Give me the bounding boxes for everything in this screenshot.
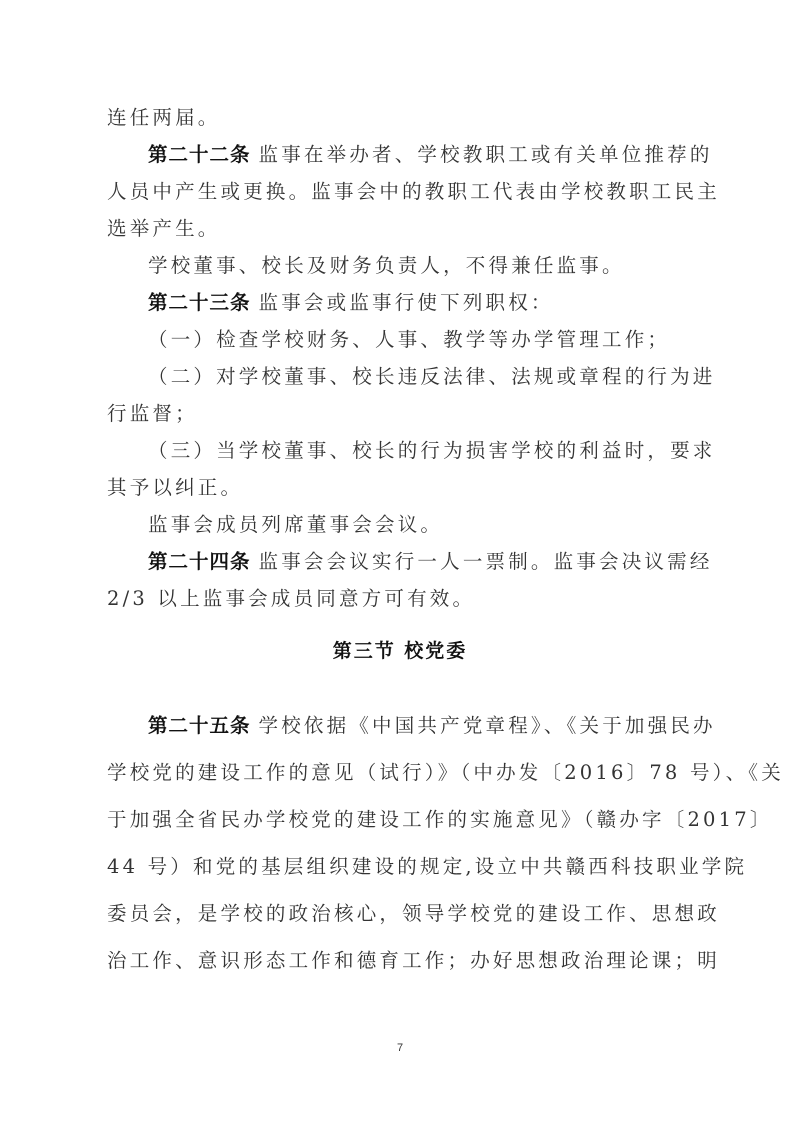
list-item: （三）当学校董事、校长的行为损害学校的利益时，要求 (148, 437, 734, 465)
text-line: 人员中产生或更换。监事会中的教职工代表由学校教职工民主 (107, 178, 693, 206)
article-text: 学校依据《中国共产党章程》、《关于加强民办 (259, 714, 716, 737)
text-line: 监事会成员列席董事会会议。 (148, 511, 734, 539)
text-line: 44 号）和党的基层组织建设的规定,设立中共赣西科技职业学院 (107, 853, 693, 881)
text-line: 2/3 以上监事会成员同意方可有效。 (107, 585, 693, 613)
text-line: 于加强全省民办学校党的建设工作的实施意见》（赣办字〔2017〕 (107, 806, 693, 834)
article-22: 第二十二条监事在举办者、学校教职工或有关单位推荐的 (148, 141, 734, 169)
article-24: 第二十四条监事会会议实行一人一票制。监事会决议需经 (148, 548, 734, 576)
article-text: 监事会或监事行使下列职权： (259, 291, 554, 314)
article-25: 第二十五条学校依据《中国共产党章程》、《关于加强民办 (148, 712, 734, 740)
text-line: 学校党的建设工作的意见（试行）》（中办发〔2016〕78 号）、《关 (107, 759, 693, 787)
text-line: 选举产生。 (107, 215, 693, 243)
list-item: （二）对学校董事、校长违反法律、法规或章程的行为进 (148, 363, 734, 391)
article-label: 第二十二条 (148, 143, 251, 166)
document-page: 连任两届。 第二十二条监事在举办者、学校教职工或有关单位推荐的 人员中产生或更换… (0, 0, 800, 1131)
article-23: 第二十三条监事会或监事行使下列职权： (148, 289, 734, 317)
text-line: 学校董事、校长及财务负责人，不得兼任监事。 (148, 252, 734, 280)
text-line: 连任两届。 (107, 104, 693, 132)
article-label: 第二十三条 (148, 291, 251, 314)
article-text: 监事在举办者、学校教职工或有关单位推荐的 (259, 143, 713, 166)
text-line: 委员会，是学校的政治核心，领导学校党的建设工作、思想政 (107, 900, 693, 928)
article-label: 第二十五条 (148, 714, 251, 737)
text-line: 治工作、意识形态工作和德育工作；办好思想政治理论课；明 (107, 947, 693, 975)
text-line: 其予以纠正。 (107, 474, 693, 502)
list-item: （一）检查学校财务、人事、教学等办学管理工作； (148, 326, 734, 354)
section-heading: 第三节 校党委 (0, 636, 800, 663)
text-line: 行监督； (107, 400, 693, 428)
article-text: 监事会会议实行一人一票制。监事会决议需经 (259, 550, 713, 573)
article-label: 第二十四条 (148, 550, 251, 573)
page-number: 7 (0, 1042, 800, 1054)
